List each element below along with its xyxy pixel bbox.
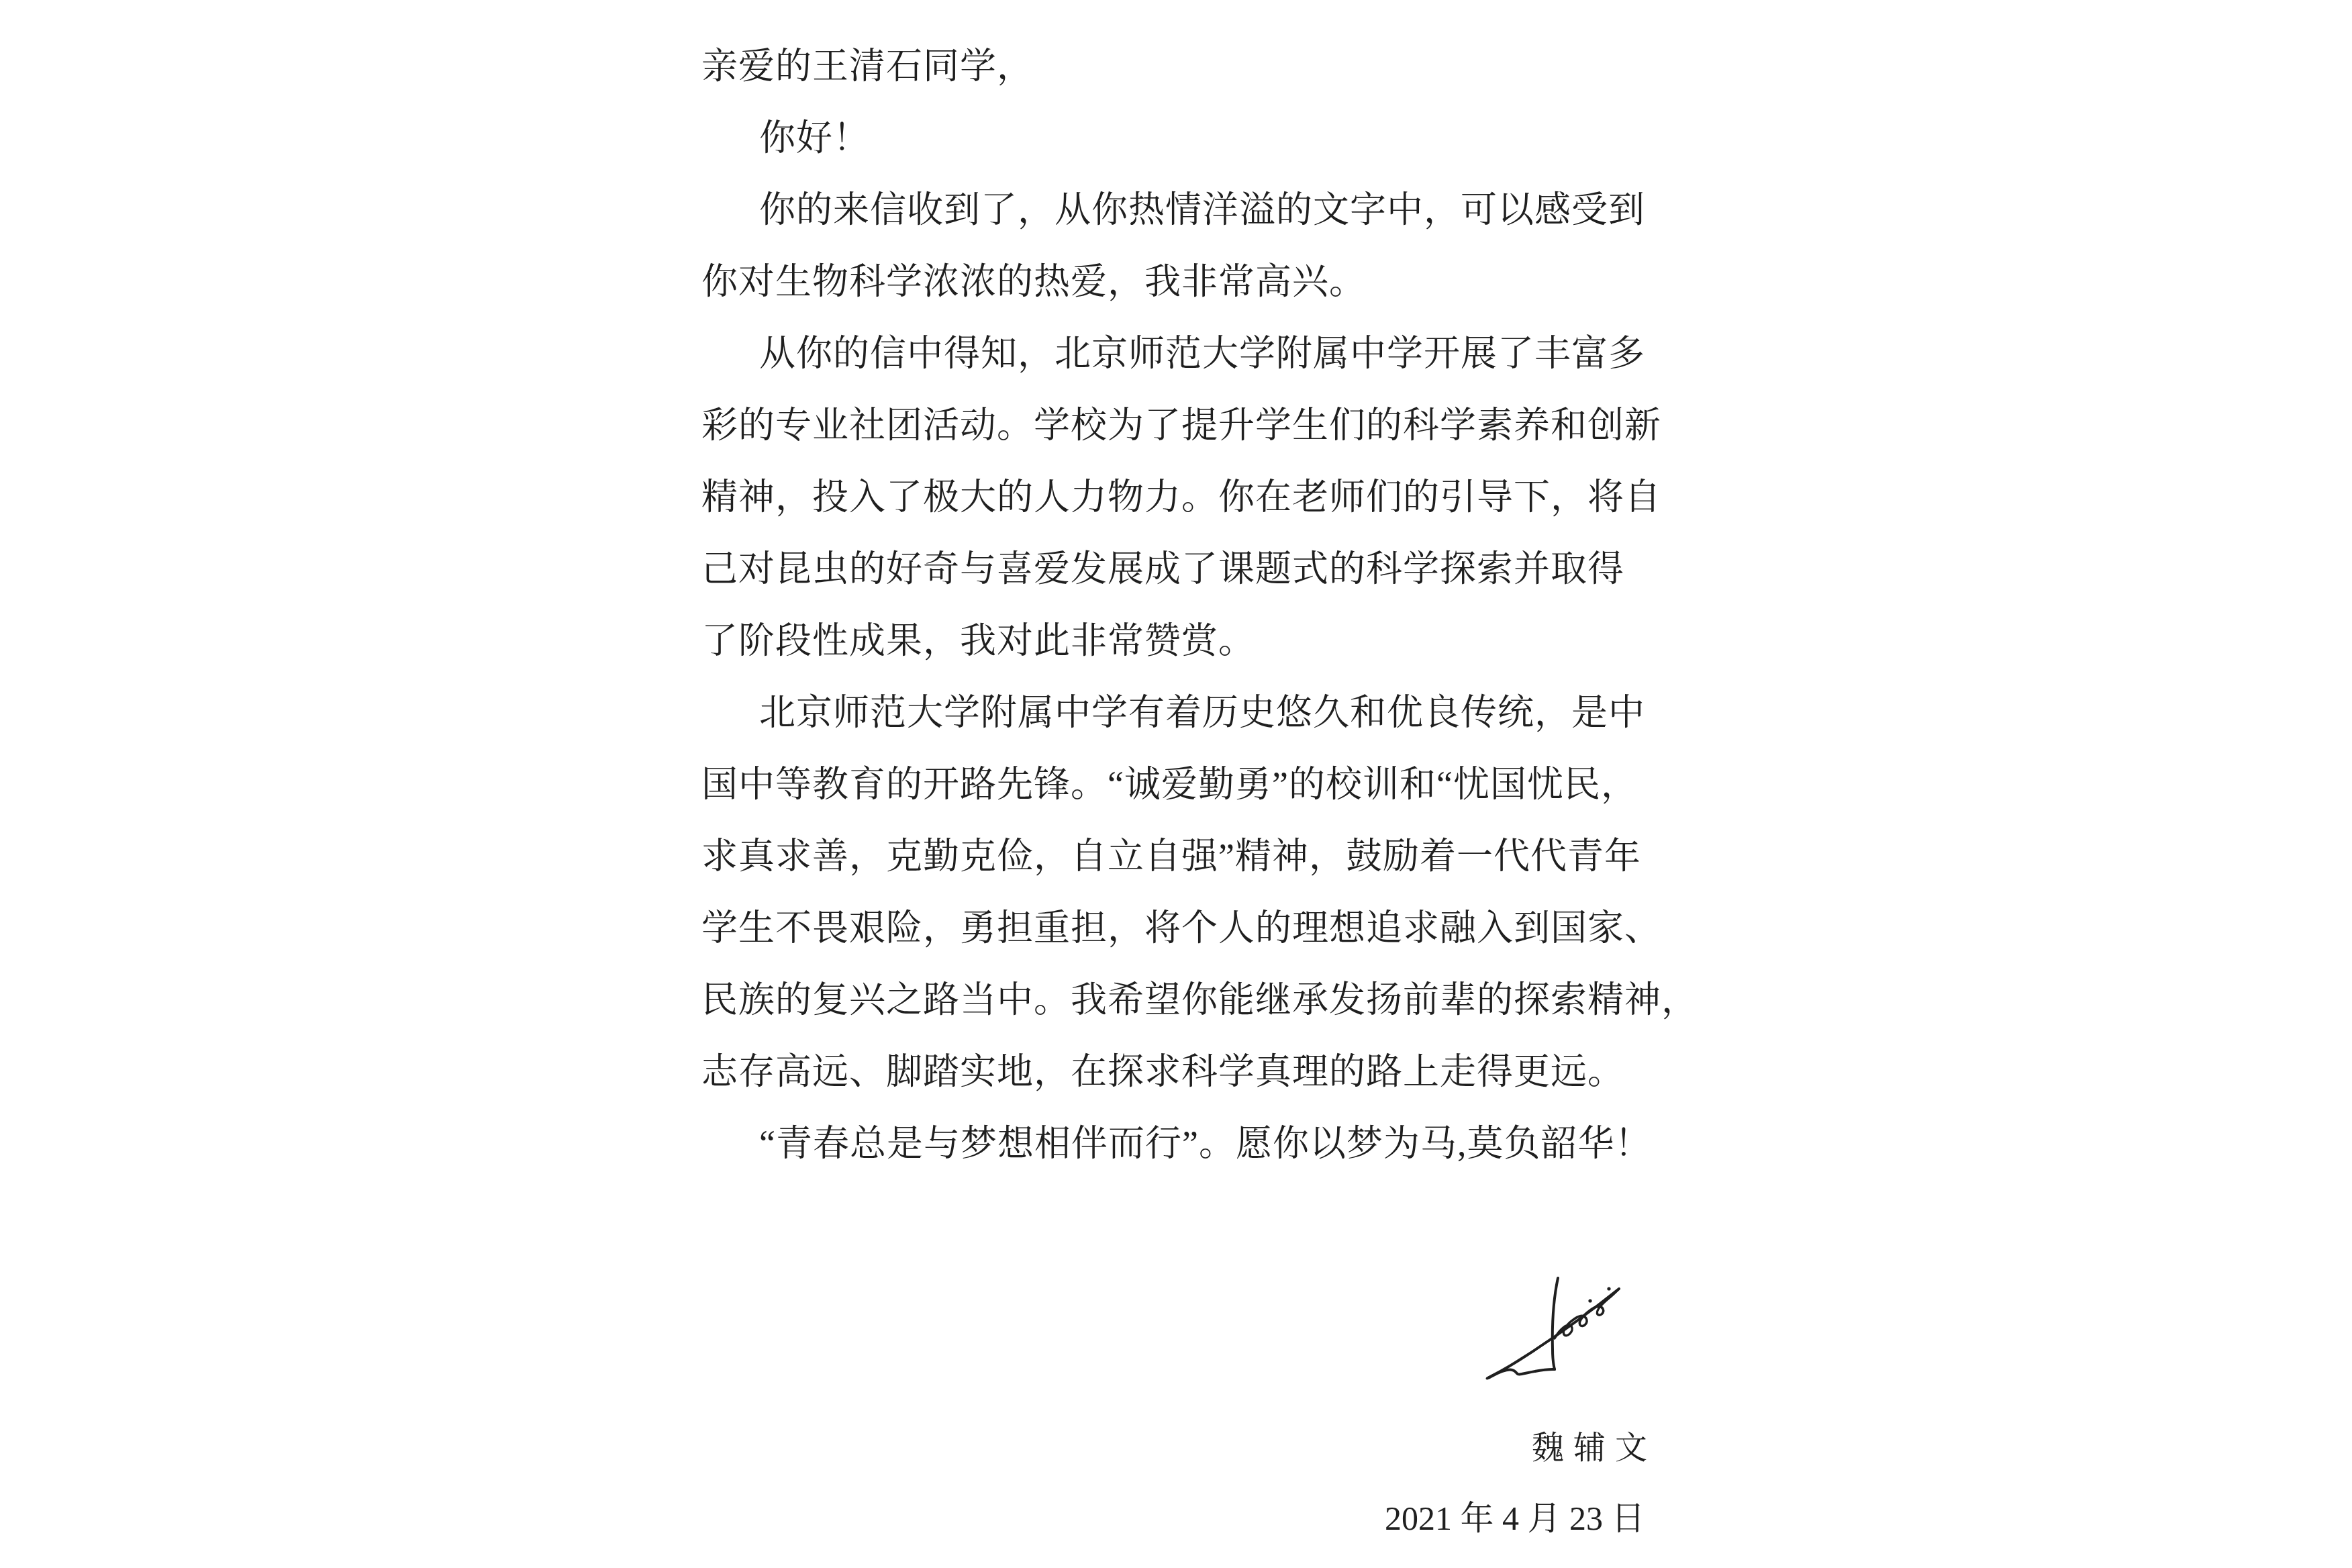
letter-closing-line: “青春总是与梦想相伴而行”。愿你以梦为马,莫负韶华！ xyxy=(701,1108,1661,1180)
letter-line: 彩的专业社团活动。学校为了提升学生们的科学素养和创新 xyxy=(701,390,1661,462)
letter-line: 学生不畏艰险，勇担重担，将个人的理想追求融入到国家、 xyxy=(701,893,1661,965)
letter-line: 精神，投入了极大的人力物力。你在老师们的引导下，将自 xyxy=(701,462,1661,534)
handwritten-signature-icon xyxy=(1477,1274,1638,1395)
letter-line: 己对昆虫的好奇与喜爱发展成了课题式的科学探索并取得 xyxy=(701,534,1661,605)
letter-date: 2021 年 4 月 23 日 xyxy=(1385,1491,1667,1540)
letter-line: 从你的信中得知，北京师范大学附属中学开展了丰富多 xyxy=(701,318,1661,390)
letter-line: 了阶段性成果，我对此非常赞赏。 xyxy=(701,605,1661,677)
letter-body: 亲爱的王清石同学， 你好！ 你的来信收到了，从你热情洋溢的文字中，可以感受到 你… xyxy=(701,31,1661,1180)
letter-greeting: 你好！ xyxy=(701,103,1661,175)
letter-line: 国中等教育的开路先锋。“诚爱勤勇”的校训和“忧国忧民， xyxy=(701,749,1661,821)
letter-line: 你的来信收到了，从你热情洋溢的文字中，可以感受到 xyxy=(701,175,1661,246)
letter-line: 志存高远、脚踏实地，在探求科学真理的路上走得更远。 xyxy=(701,1036,1661,1108)
letter-page: 亲爱的王清石同学， 你好！ 你的来信收到了，从你热情洋溢的文字中，可以感受到 你… xyxy=(0,0,2352,1568)
signer-name: 魏辅文 xyxy=(1507,1422,1681,1468)
letter-line: 北京师范大学附属中学有着历史悠久和优良传统，是中 xyxy=(701,677,1661,749)
letter-line: 民族的复兴之路当中。我希望你能继承发扬前辈的探索精神， xyxy=(701,965,1661,1036)
letter-salutation: 亲爱的王清石同学， xyxy=(701,31,1661,103)
letter-line: 你对生物科学浓浓的热爱，我非常高兴。 xyxy=(701,246,1661,318)
letter-line: 求真求善，克勤克俭，自立自强”精神，鼓励着一代代青年 xyxy=(701,821,1661,893)
